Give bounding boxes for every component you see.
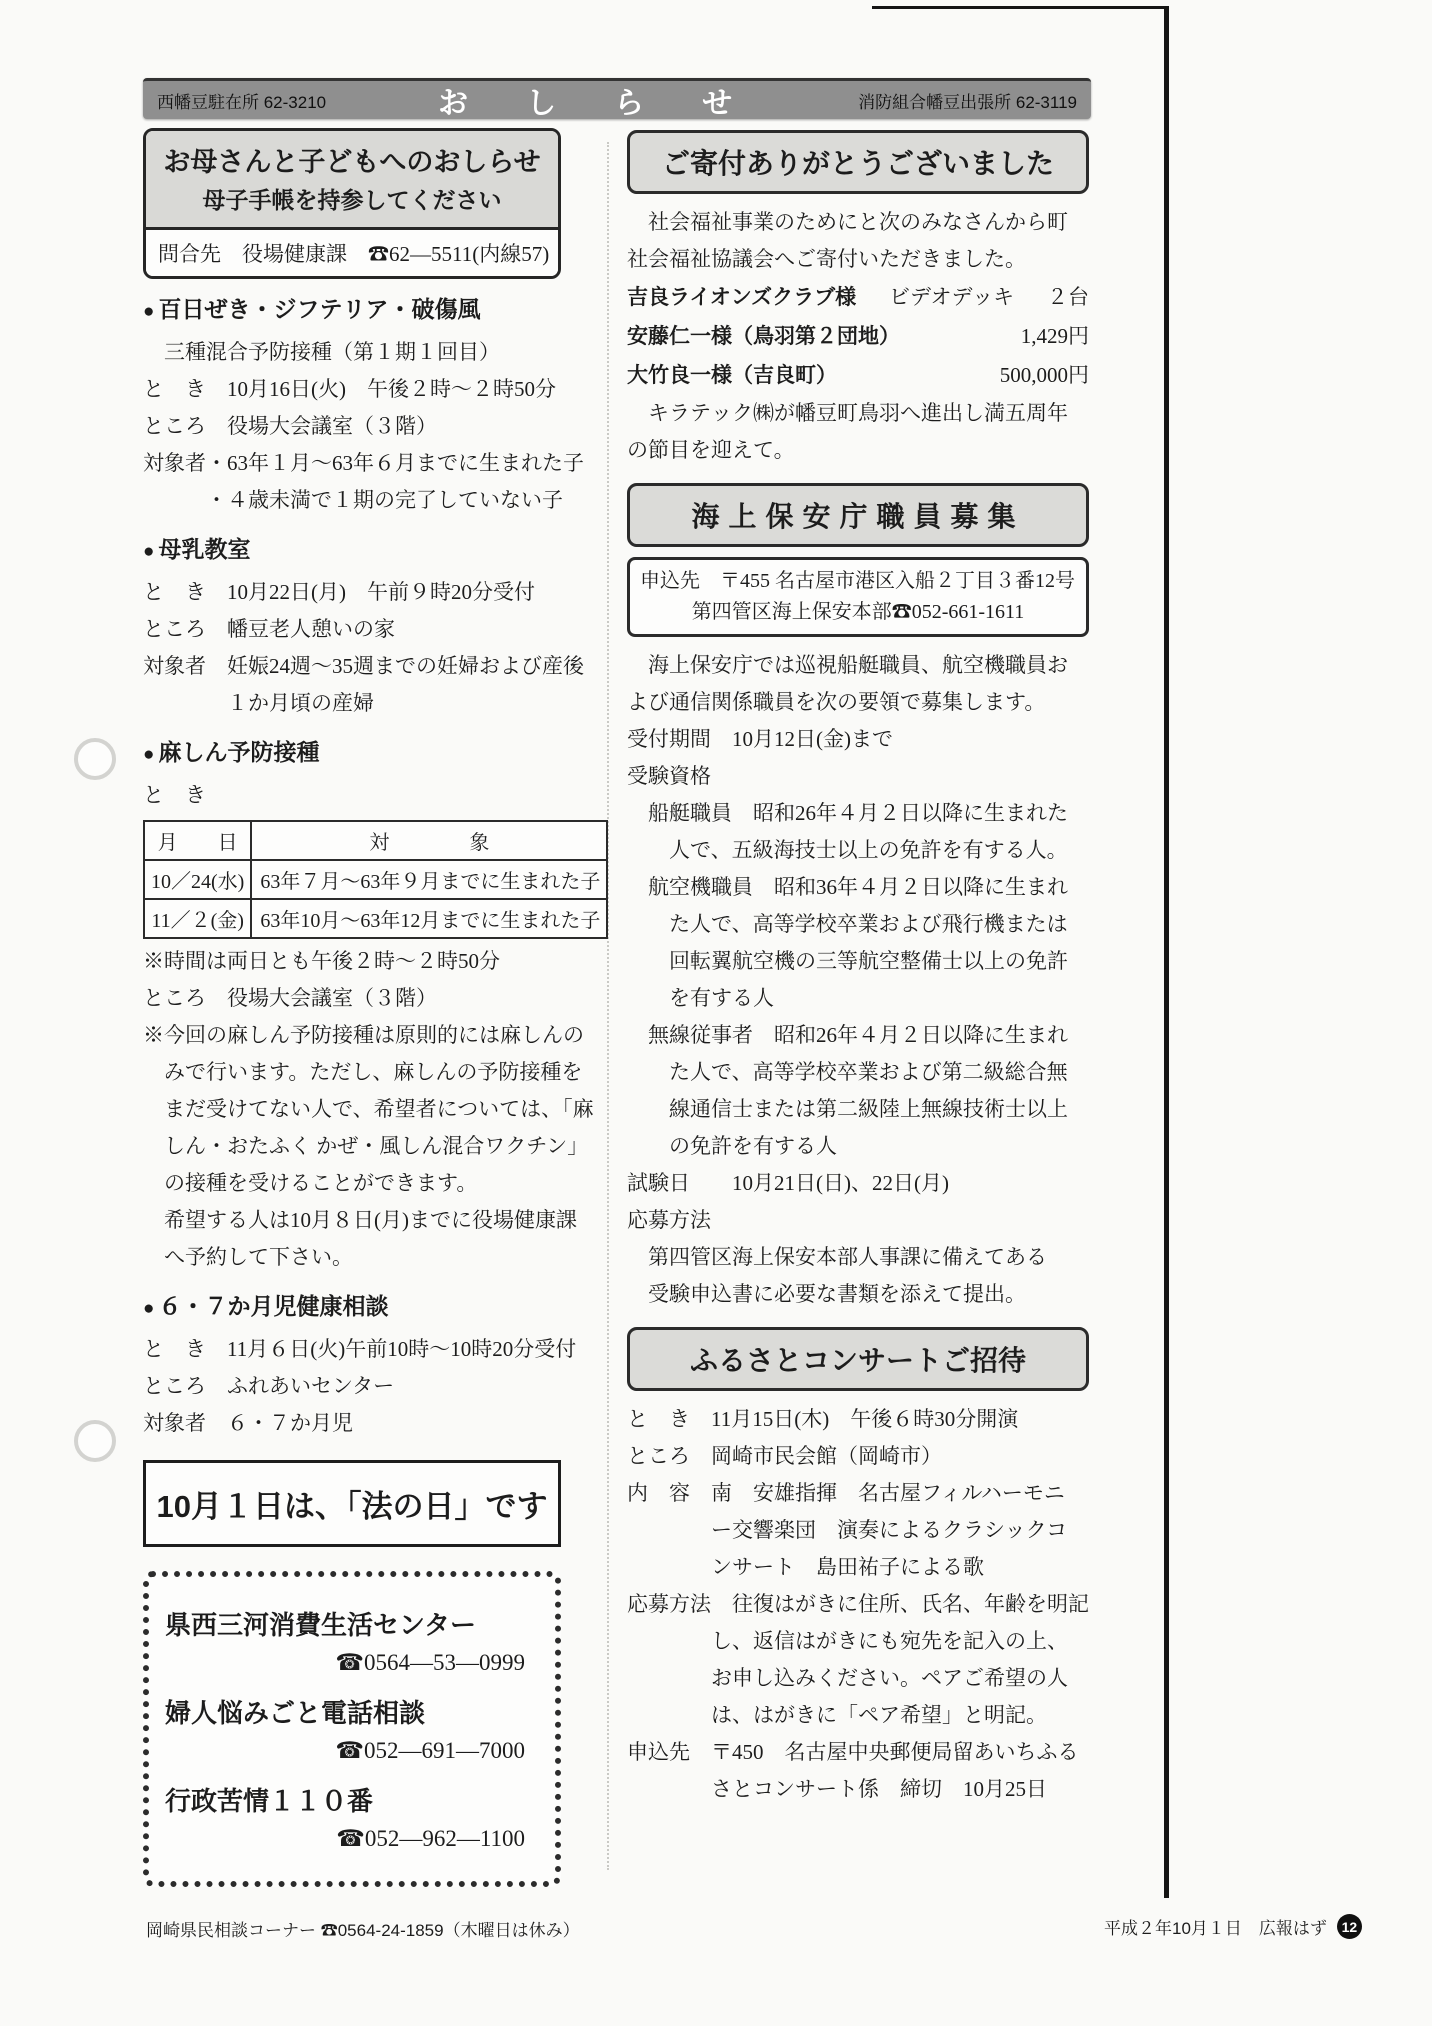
phone-number: ☎0564—53—0999: [165, 1645, 539, 1681]
donor-amount: 500,000円: [1000, 356, 1089, 394]
text-line: の接種を受けることができます。: [143, 1165, 561, 1202]
footer-right: 平成２年10月１日 広報はず 12: [1104, 1914, 1362, 1939]
text-line: へ予約して下さい。: [143, 1239, 561, 1276]
section-notes: ※時間は両日とも午後２時～２時50分ところ 役場大会議室（３階）※今回の麻しん予…: [143, 943, 561, 1276]
left-column: お母さんと子どもへのおしらせ 母子手帳を持参してください 問合先 役場健康課 ☎…: [143, 128, 561, 1887]
page-number-badge: 12: [1337, 1914, 1362, 1939]
toki-label: と き: [143, 777, 561, 814]
text-line: を有する人: [627, 980, 1089, 1017]
text-line: １か月頃の産婦: [143, 685, 561, 722]
donor-list: 吉良ライオンズクラブ様 ビデオデッキ ２台 安藤仁一様（鳥羽第２団地） 1,42…: [627, 278, 1089, 395]
text-line: た人で、高等学校卒業および第二級総合無: [627, 1054, 1089, 1091]
section-title-text: ６・７か月児健康相談: [158, 1293, 388, 1319]
section-title-text: 百日ぜき・ジフテリア・破傷風: [158, 296, 480, 322]
notice-contact: 問合先 役場健康課 ☎62—5511(内線57): [146, 230, 558, 276]
consultation-phone-box: 県西三河消費生活センター ☎0564—53—0999 婦人悩みごと電話相談 ☎0…: [143, 1571, 561, 1887]
text-line: と き 10月22日(月) 午前９時20分受付: [143, 574, 561, 611]
page-edge-top-line: [872, 6, 1168, 9]
concert-section-header: ふるさとコンサートご招待: [627, 1327, 1089, 1391]
donor-item: ビデオデッキ: [889, 278, 1014, 316]
page-edge-right-line: [1164, 6, 1169, 1898]
coast-guard-body: 海上保安庁では巡視船艇職員、航空機職員および通信関係職員を次の要領で募集します。…: [627, 647, 1089, 1313]
text-line: 回転翼航空機の三等航空整備士以上の免許: [627, 943, 1089, 980]
phone-entry: 県西三河消費生活センター ☎0564—53—0999: [165, 1605, 539, 1681]
law-day-box: 10月１日は、「法の日」です: [143, 1460, 561, 1547]
text-line: 線通信士または第二級陸上無線技術士以上: [627, 1091, 1089, 1128]
text-line: ※時間は両日とも午後２時～２時50分: [143, 943, 561, 980]
address-line-1: 申込先 〒455 名古屋市港区入船２丁目３番12号: [640, 566, 1076, 597]
text-line: 三種混合予防接種（第１期１回目）: [143, 334, 561, 371]
section-lines: 三種混合予防接種（第１期１回目）と き 10月16日(火) 午後２時～２時50分…: [143, 334, 561, 519]
text-line: 受験資格: [627, 758, 1089, 795]
donor-name: 吉良ライオンズクラブ様: [627, 279, 856, 317]
text-line: の免許を有する人: [627, 1128, 1089, 1165]
text-line: と き 10月16日(火) 午後２時～２時50分: [143, 371, 561, 408]
donor-row: 安藤仁一様（鳥羽第２団地） 1,429円: [627, 317, 1089, 356]
measles-schedule-table: 月 日 対 象 10／24(水) 63年７月～63年９月までに生まれた子 11／…: [143, 820, 608, 939]
cell-date: 10／24(水): [144, 860, 251, 899]
table-header-row: 月 日 対 象: [144, 821, 607, 860]
page-title: お し ら せ: [326, 78, 858, 122]
notice-title: お母さんと子どもへのおしらせ: [150, 143, 554, 181]
text-line: は、はがきに「ペア希望」と明記。: [627, 1697, 1089, 1734]
text-line: ところ 岡崎市民会館（岡崎市）: [627, 1438, 1089, 1475]
donation-section-header: ご寄付ありがとうございました: [627, 130, 1089, 194]
text-line: 試験日 10月21日(日)、22日(月): [627, 1165, 1089, 1202]
section-breastfeeding: ●母乳教室 と き 10月22日(月) 午前９時20分受付ところ 幡豆老人憩いの…: [143, 527, 561, 722]
section-title: ●百日ぜき・ジフテリア・破傷風: [143, 287, 561, 334]
section-title: ●６・７か月児健康相談: [143, 1284, 561, 1331]
donation-intro: 社会福祉事業のためにと次のみなさんから町社会福祉協議会へご寄付いただきました。: [627, 204, 1089, 278]
text-line: ※今回の麻しん予防接種は原則的には麻しんの: [143, 1017, 561, 1054]
phone-number: ☎052—962—1100: [165, 1821, 539, 1857]
text-line: し、返信はがきにも宛先を記入の上、: [627, 1623, 1089, 1660]
donor-name: 安藤仁一様（鳥羽第２団地）: [627, 318, 900, 356]
coast-guard-address-box: 申込先 〒455 名古屋市港区入船２丁目３番12号 第四管区海上保安本部☎052…: [627, 557, 1089, 637]
cell-target: 63年10月～63年12月までに生まれた子: [251, 899, 607, 938]
text-line: 対象者・63年１月～63年６月までに生まれた子: [143, 445, 561, 482]
text-line: ・４歳未満で１期の完了していない子: [143, 482, 561, 519]
mother-child-notice-box: お母さんと子どもへのおしらせ 母子手帳を持参してください 問合先 役場健康課 ☎…: [143, 128, 561, 279]
punch-hole-bottom: [74, 1420, 116, 1462]
text-line: 海上保安庁では巡視船艇職員、航空機職員お: [627, 647, 1089, 684]
text-line: まだ受けてない人で、希望者については、「麻: [143, 1091, 561, 1128]
text-line: キラテック㈱が幡豆町鳥羽へ進出し満五周年: [627, 395, 1089, 432]
text-line: 社会福祉事業のためにと次のみなさんから町: [627, 204, 1089, 241]
header-band: 西幡豆駐在所 62-3210 お し ら せ 消防組合幡豆出張所 62-3119: [143, 78, 1091, 119]
text-line: 船艇職員 昭和26年４月２日以降に生まれた: [627, 795, 1089, 832]
concert-body: と き 11月15日(木) 午後６時30分開演ところ 岡崎市民会館（岡崎市）内 …: [627, 1401, 1089, 1808]
donor-amount: 1,429円: [1021, 317, 1089, 355]
text-line: 申込先 〒450 名古屋中央郵便局留あいちふる: [627, 1734, 1089, 1771]
column-divider: [607, 142, 609, 1870]
text-line: 人で、五級海技士以上の免許を有する人。: [627, 832, 1089, 869]
bullet-icon: ●: [143, 301, 154, 322]
text-line: 第四管区海上保安本部人事課に備えてある: [627, 1239, 1089, 1276]
text-line: 希望する人は10月８日(月)までに役場健康課: [143, 1202, 561, 1239]
section-pertussis: ●百日ぜき・ジフテリア・破傷風 三種混合予防接種（第１期１回目）と き 10月1…: [143, 287, 561, 519]
text-line: ー交響楽団 演奏によるクラシックコ: [627, 1512, 1089, 1549]
newsletter-page: 西幡豆駐在所 62-3210 お し ら せ 消防組合幡豆出張所 62-3119…: [0, 0, 1432, 2026]
column-header-date: 月 日: [144, 821, 251, 860]
text-line: 応募方法 往復はがきに住所、氏名、年齢を明記: [627, 1586, 1089, 1623]
phone-number: ☎052—691—7000: [165, 1733, 539, 1769]
notice-box-header: お母さんと子どもへのおしらせ 母子手帳を持参してください: [146, 131, 558, 230]
section-title-text: 母乳教室: [158, 536, 250, 562]
table-row: 11／２(金) 63年10月～63年12月までに生まれた子: [144, 899, 607, 938]
section-lines: と き 10月22日(月) 午前９時20分受付ところ 幡豆老人憩いの家対象者 妊…: [143, 574, 561, 722]
address-line-2: 第四管区海上保安本部☎052-661-1611: [640, 597, 1076, 628]
text-line: ところ 幡豆老人憩いの家: [143, 611, 561, 648]
text-line: 応募方法: [627, 1202, 1089, 1239]
phone-entry: 行政苦情１１０番 ☎052—962—1100: [165, 1781, 539, 1857]
cell-date: 11／２(金): [144, 899, 251, 938]
text-line: ところ 役場大会議室（３階）: [143, 980, 561, 1017]
section-infant-consult: ●６・７か月児健康相談 と き 11月６日(火)午前10時～10時20分受付とこ…: [143, 1284, 561, 1442]
section-title-text: 麻しん予防接種: [158, 739, 319, 765]
text-line: 対象者 ６・７か月児: [143, 1405, 561, 1442]
text-line: さとコンサート係 締切 10月25日: [627, 1771, 1089, 1808]
text-line: ところ 役場大会議室（３階）: [143, 408, 561, 445]
text-line: た人で、高等学校卒業および飛行機または: [627, 906, 1089, 943]
text-line: の節目を迎えて。: [627, 432, 1089, 469]
text-line: みで行います。ただし、麻しんの予防接種を: [143, 1054, 561, 1091]
section-lines: と き 11月６日(火)午前10時～10時20分受付ところ ふれあいセンター対象…: [143, 1331, 561, 1442]
table-row: 10／24(水) 63年７月～63年９月までに生まれた子: [144, 860, 607, 899]
bullet-icon: ●: [143, 541, 154, 562]
header-right-contact: 消防組合幡豆出張所 62-3119: [858, 88, 1077, 113]
text-line: 無線従事者 昭和26年４月２日以降に生まれ: [627, 1017, 1089, 1054]
coast-guard-section-header: 海上保安庁職員募集: [627, 483, 1089, 547]
text-line: お申し込みください。ペアご希望の人: [627, 1660, 1089, 1697]
section-title: ●母乳教室: [143, 527, 561, 574]
text-line: 内 容 南 安雄指揮 名古屋フィルハーモニ: [627, 1475, 1089, 1512]
section-measles: ●麻しん予防接種 と き 月 日 対 象 10／24(水) 63年７月～63年９…: [143, 730, 561, 1276]
donor-row: 大竹良一様（吉良町） 500,000円: [627, 356, 1089, 395]
donor-amount: ２台: [1047, 278, 1089, 316]
notice-subtitle: 母子手帳を持参してください: [150, 183, 554, 217]
cell-target: 63年７月～63年９月までに生まれた子: [251, 860, 607, 899]
text-line: しん・おたふく かぜ・風しん混合ワクチン」: [143, 1128, 561, 1165]
section-title: ●麻しん予防接種: [143, 730, 561, 777]
right-column: ご寄付ありがとうございました 社会福祉事業のためにと次のみなさんから町社会福祉協…: [627, 130, 1089, 1808]
bullet-icon: ●: [143, 744, 154, 765]
donor-name: 大竹良一様（吉良町）: [627, 357, 837, 395]
text-line: ンサート 島田祐子による歌: [627, 1549, 1089, 1586]
phone-service-name: 行政苦情１１０番: [165, 1781, 539, 1821]
header-left-contact: 西幡豆駐在所 62-3210: [157, 88, 326, 113]
text-line: 対象者 妊娠24週～35週までの妊婦および産後: [143, 648, 561, 685]
footer-left-contact: 岡崎県民相談コーナー ☎0564-24-1859（木曜日は休み）: [146, 1916, 580, 1941]
punch-hole-top: [74, 738, 116, 780]
text-line: と き 11月６日(火)午前10時～10時20分受付: [143, 1331, 561, 1368]
footer-date: 平成２年10月１日 広報はず: [1104, 1914, 1327, 1939]
text-line: と き 11月15日(木) 午後６時30分開演: [627, 1401, 1089, 1438]
phone-service-name: 県西三河消費生活センター: [165, 1605, 539, 1645]
text-line: 受付期間 10月12日(金)まで: [627, 721, 1089, 758]
table-body: 10／24(水) 63年７月～63年９月までに生まれた子 11／２(金) 63年…: [144, 860, 607, 938]
text-line: 航空機職員 昭和36年４月２日以降に生まれ: [627, 869, 1089, 906]
phone-entry: 婦人悩みごと電話相談 ☎052—691—7000: [165, 1693, 539, 1769]
bullet-icon: ●: [143, 1298, 154, 1319]
column-header-target: 対 象: [251, 821, 607, 860]
text-line: 社会福祉協議会へご寄付いただきました。: [627, 241, 1089, 278]
text-line: よび通信関係職員を次の要領で募集します。: [627, 684, 1089, 721]
donation-outro: キラテック㈱が幡豆町鳥羽へ進出し満五周年の節目を迎えて。: [627, 395, 1089, 469]
donor-row: 吉良ライオンズクラブ様 ビデオデッキ ２台: [627, 278, 1089, 317]
text-line: 受験申込書に必要な書類を添えて提出。: [627, 1276, 1089, 1313]
text-line: ところ ふれあいセンター: [143, 1368, 561, 1405]
phone-service-name: 婦人悩みごと電話相談: [165, 1693, 539, 1733]
